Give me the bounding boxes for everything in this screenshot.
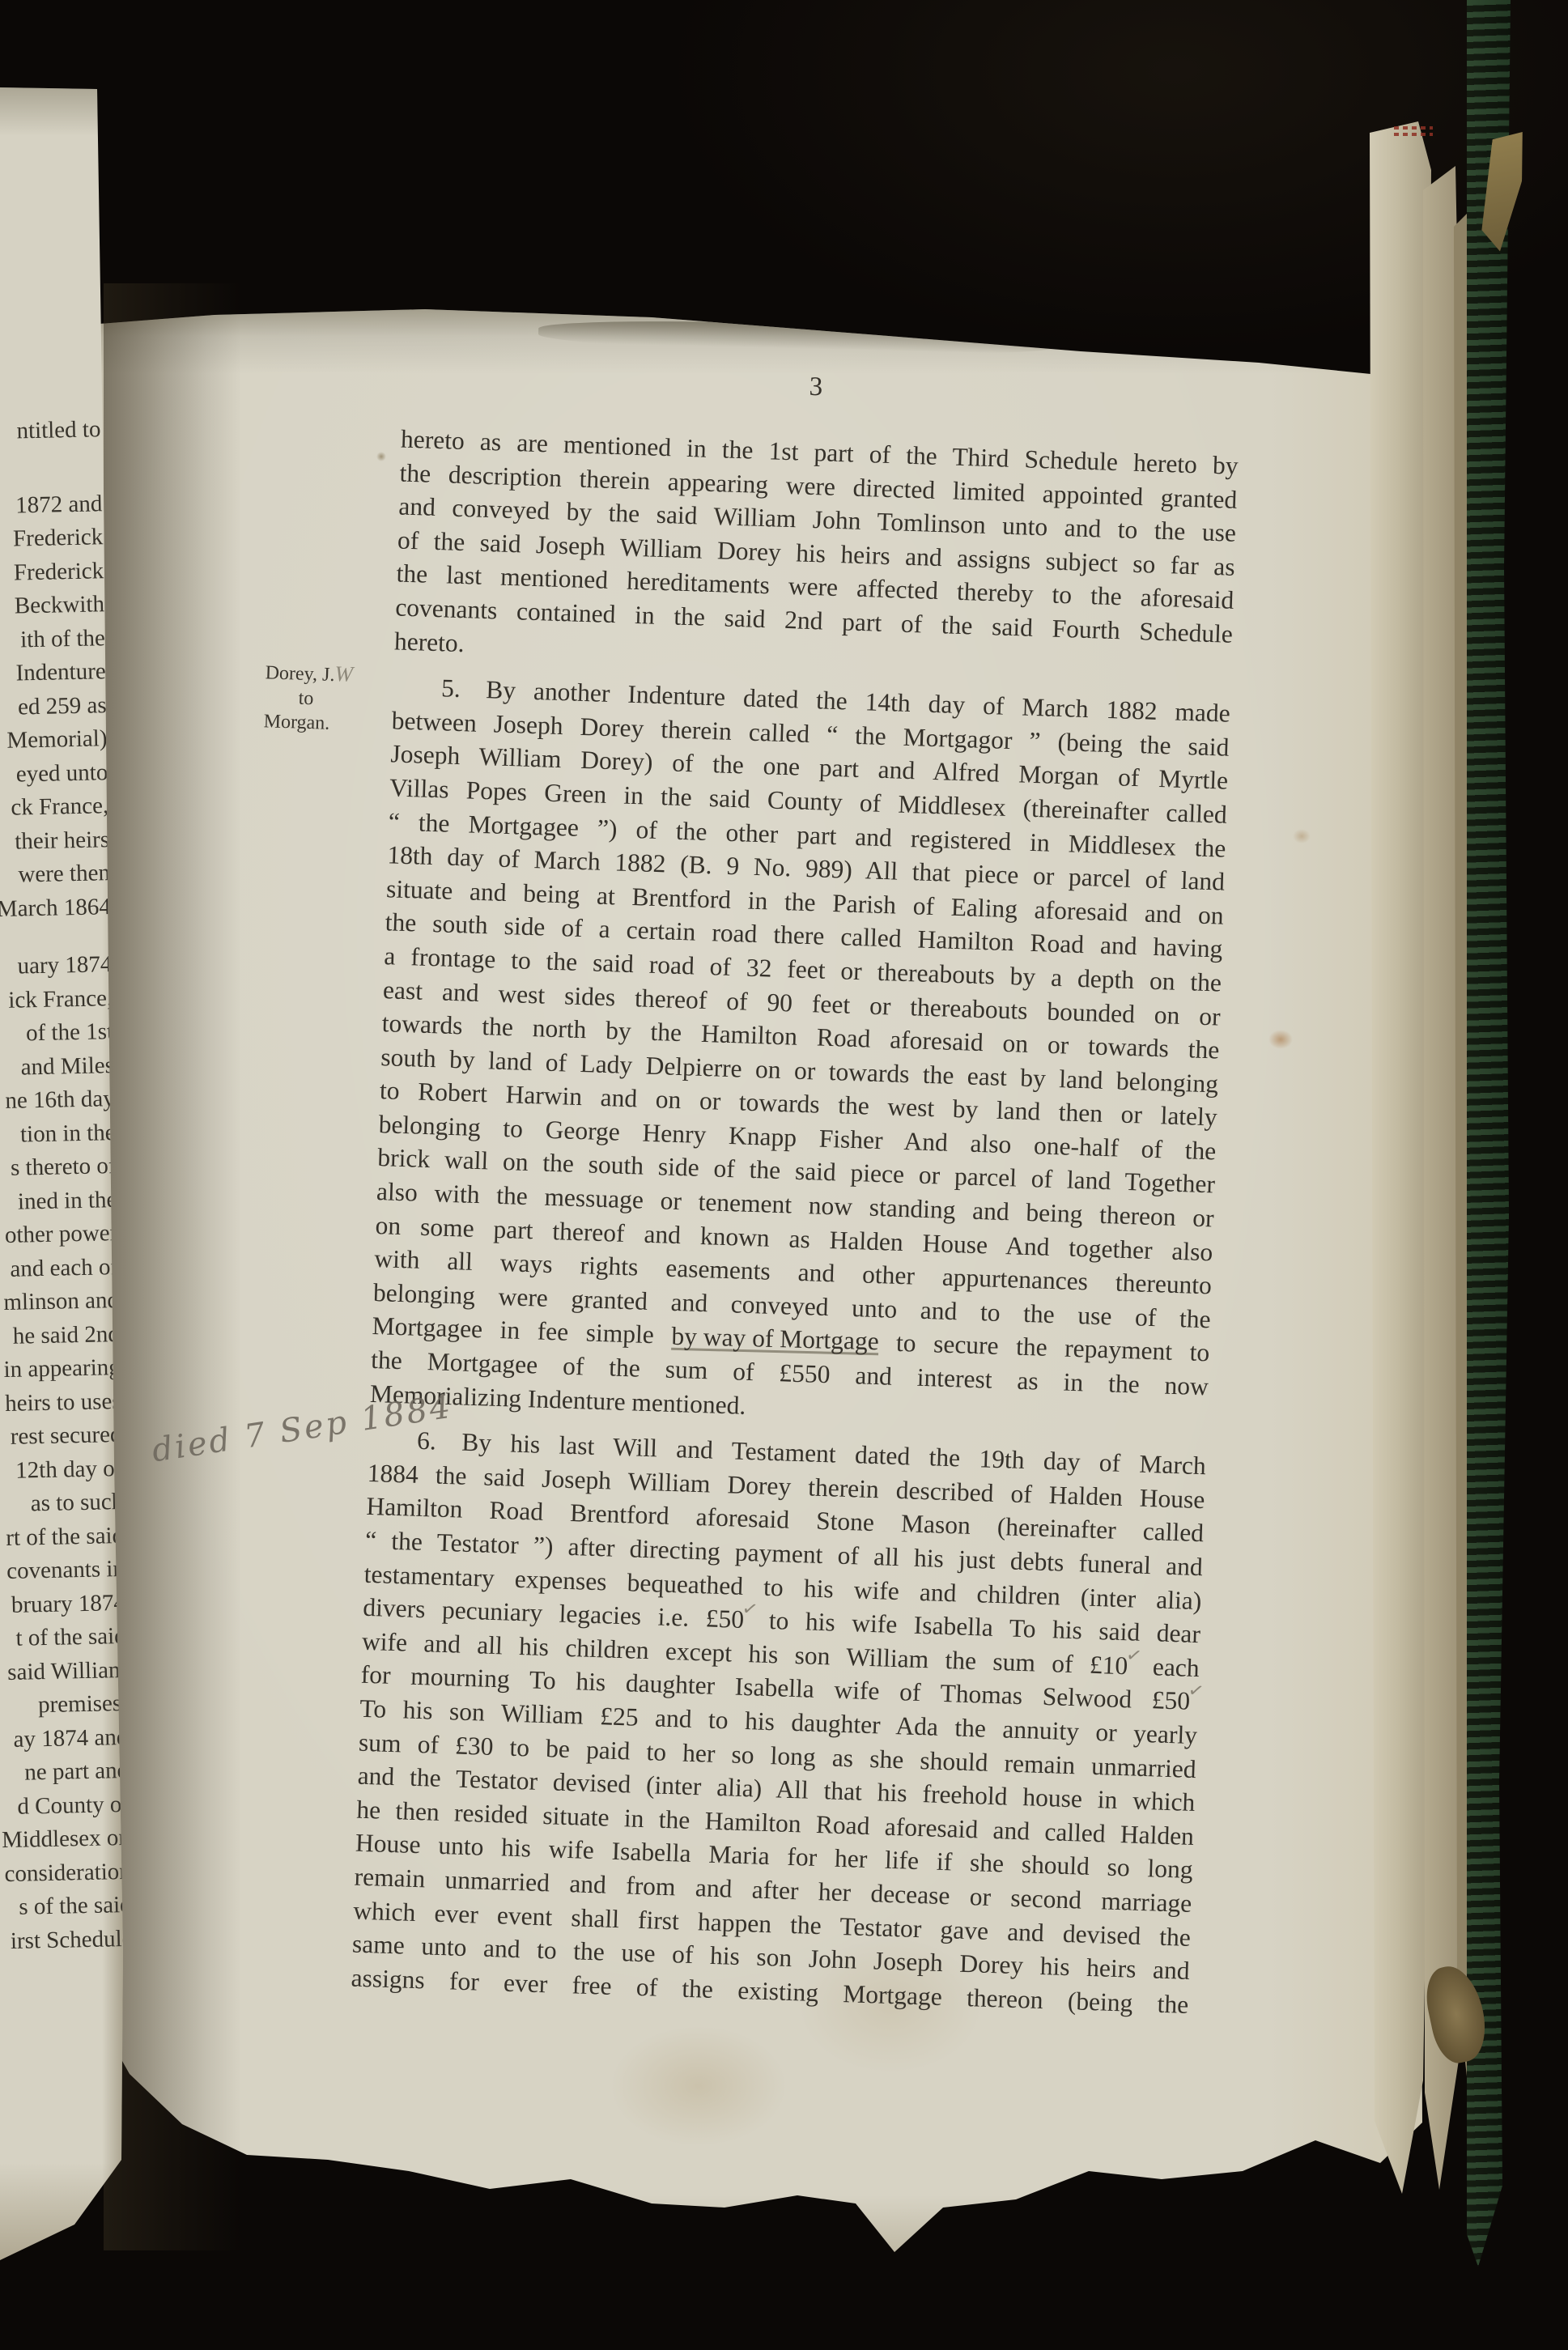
- fragment-line: ed 259 as: [6, 688, 117, 724]
- fragment-line: March 1864: [10, 890, 121, 925]
- fragment-line: ne part and: [28, 1754, 123, 1790]
- fragment-line: consideration: [30, 1855, 123, 1890]
- fragment-line: in appearing: [19, 1351, 123, 1387]
- fragment-line: eyed unto: [7, 755, 118, 791]
- facing-page-fragments: ntitled to1872 andFrederickFrederickBeck…: [0, 413, 123, 1957]
- binding-leather: [1467, 0, 1554, 2350]
- fragment-line: ck France,: [8, 789, 119, 825]
- fragment-line: Beckwith: [4, 588, 115, 623]
- book-scan: 3 Dorey, J.W to Morgan. hereto as are me…: [0, 0, 1568, 2350]
- paragraph-clause-5: 5. By another Indenture dated the 14th d…: [369, 670, 1230, 1438]
- fragment-line: rt of the said: [23, 1519, 123, 1554]
- red-stitching: [1394, 133, 1433, 136]
- fragment-line: ay 1874 and: [28, 1720, 123, 1756]
- fragment-line: their heirs: [9, 822, 120, 858]
- pencil-tick-icon: ✓: [1188, 1689, 1204, 1693]
- fragment-line: he said 2nd: [19, 1317, 123, 1353]
- fragment-line: ith of the: [4, 621, 115, 657]
- fragment-line: ne 16th day: [14, 1082, 123, 1118]
- fragment-line: t of the said: [25, 1620, 123, 1655]
- fragment-line: were then: [10, 856, 121, 892]
- pencil-initial: W: [334, 661, 353, 686]
- pencil-tick-icon: ✓: [742, 1608, 758, 1611]
- fragment-line: d County of: [29, 1787, 123, 1823]
- fragment-line: Frederick: [3, 554, 114, 589]
- fragment-line: other power: [17, 1217, 123, 1252]
- fragment-line: Frederick: [2, 521, 113, 556]
- fragment-line: rest secured: [21, 1418, 123, 1454]
- fragment-line: 12th day of: [22, 1451, 123, 1487]
- fragment-line: mlinson and: [19, 1284, 123, 1319]
- fragment-line: ined in the: [16, 1183, 123, 1218]
- fragment-line: ntitled to: [0, 413, 111, 448]
- fragment-line: Memorial): [6, 722, 117, 758]
- text-body: hereto as are mentioned in the 1st part …: [351, 423, 1239, 2022]
- fragment-line: s of the said: [31, 1889, 123, 1924]
- fragment-line: tion in the: [15, 1116, 123, 1151]
- fragment-line: ick France,: [12, 981, 123, 1017]
- pencil-tick-icon: ✓: [1126, 1654, 1141, 1657]
- fragment-line: irst Schedule: [32, 1922, 123, 1957]
- fragment-line: s thereto of: [15, 1150, 123, 1185]
- fragment-line: covenants in: [24, 1553, 123, 1588]
- fragment-line: premises.: [27, 1687, 123, 1723]
- fragment-line: and each of: [18, 1250, 123, 1285]
- page-number: 3: [755, 371, 877, 405]
- fragment-line: of the 1st: [13, 1015, 123, 1051]
- fragment-line: said William: [26, 1653, 123, 1689]
- fragment-line: Middlesex on: [29, 1821, 123, 1857]
- fragment-gap: [1, 446, 112, 489]
- paragraph-clause-6: 6. By his last Will and Testament dated …: [351, 1422, 1206, 2021]
- fragment-line: as to such: [23, 1485, 123, 1521]
- pencil-underline: by way of Mortgage: [671, 1325, 879, 1356]
- printed-layer: 3 Dorey, J.W to Morgan. hereto as are me…: [26, 312, 1464, 2314]
- fragment-line: heirs to uses: [20, 1384, 123, 1420]
- fragment-line: and Miles: [13, 1048, 123, 1084]
- paragraph-continuation: hereto as are mentioned in the 1st part …: [393, 423, 1239, 685]
- red-stitching: [1394, 126, 1433, 130]
- fragment-line: Indenture: [5, 655, 116, 691]
- fragment-gap: [11, 924, 121, 950]
- fragment-line: 1872 and: [2, 487, 113, 522]
- fragment-line: uary 1874: [11, 948, 122, 984]
- fragment-line: bruary 1874: [24, 1586, 123, 1621]
